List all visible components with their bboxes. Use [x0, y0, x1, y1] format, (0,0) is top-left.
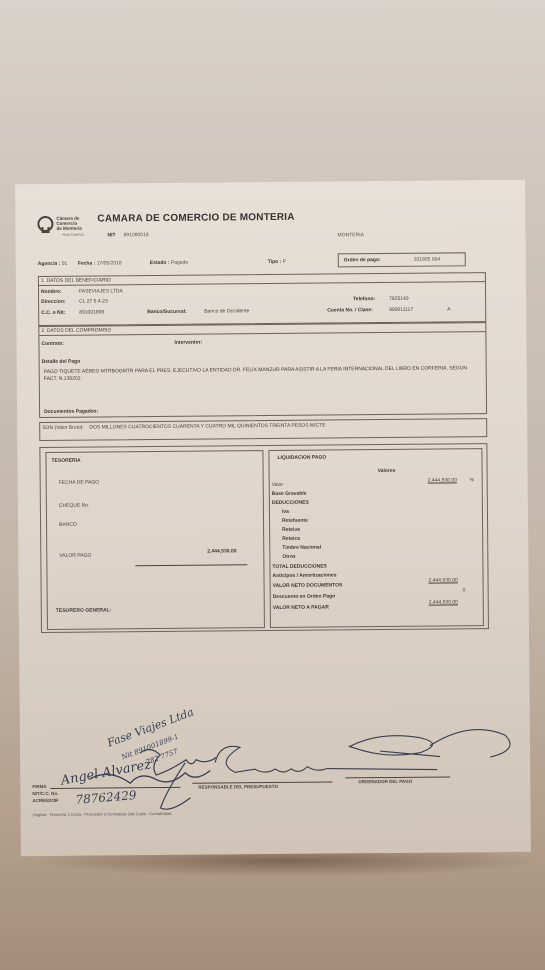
fecha-value: 17/05/2018 [97, 260, 122, 266]
cuenta-label: Cuenta No. / Clase: [327, 307, 373, 313]
beneficiario-title: 1. DATOS DEL BENEFICIARIO [39, 273, 485, 286]
fecha-label: Fecha : [78, 261, 96, 267]
payment-order-document: Cámara de Comercio de Montería Ruta Cató… [15, 180, 531, 856]
ordenador-label: ORDENADOR DEL PAGO [358, 779, 412, 784]
cheque-label: CHEQUE No. [59, 503, 90, 509]
nombre-value: FASEVIAJES LTDA [79, 288, 123, 294]
valores-header: Valores [378, 468, 396, 474]
detalle-label: Detalle del Pago [42, 359, 81, 365]
estado-label: Estado : [150, 260, 170, 266]
city: MONTERIA [338, 232, 364, 238]
descuento-value: 0 [463, 587, 466, 593]
liquidacion-title: LIQUIDACION PAGO [277, 455, 326, 461]
nit-line: NIT891080018 [108, 232, 149, 238]
logo-line-3: de Montería [56, 226, 81, 231]
direccion-value: CL 27 5 4-23 [79, 298, 108, 304]
agencia-value: 01 [62, 261, 68, 267]
chamber-logo-icon [37, 216, 53, 232]
compromiso-title: 2. DATOS DEL COMPROMISO [39, 323, 485, 336]
valor-pago-underline [135, 564, 247, 566]
detalle-text: PAGO TIQUETE AÉREO MTRBOGMTR PARA EL PRE… [44, 365, 474, 383]
acreedor-label: ACREEDOR [32, 798, 58, 803]
chamber-logo: Cámara de Comercio de Montería Ruta Cató… [37, 214, 92, 244]
document-header: Cámara de Comercio de Montería Ruta Cató… [37, 210, 507, 244]
valor-neto-pagar-label: VALOR NETO A PAGAR [273, 605, 329, 611]
deduccion-otros: Otros [282, 554, 295, 560]
documentos-label: Documentos Pagados: [44, 409, 98, 415]
banco-value: Banco de Occidente [204, 308, 249, 314]
direccion-label: Direccion: [41, 299, 66, 305]
nit-cc-label: NIT/C.C. No. [32, 791, 58, 796]
son-text: DOS MILLONES CUATROCIENTOS CUARENTA Y CU… [89, 423, 325, 431]
contrato-label: Contrato: [41, 341, 64, 347]
cc-label: C.C. o Nit: [41, 310, 65, 316]
orden-de-pago-box: Orden de pago: 201805 004 [338, 252, 466, 267]
nombre-label: Nombre: [41, 289, 62, 295]
logo-subtitle: Ruta Católica [63, 233, 84, 237]
banco-label: Banco/Sucursal: [147, 309, 187, 315]
document-title: CAMARA DE COMERCIO DE MONTERIA [97, 212, 294, 225]
orden-label: Orden de pago: [344, 257, 381, 263]
beneficiario-section: 1. DATOS DEL BENEFICIARIO Nombre: FASEVI… [38, 272, 486, 326]
valor-value: 2,444,530.00 [428, 477, 457, 483]
deduccion-timbre: Timbre Nacional [282, 545, 321, 551]
agencia-label: Agencia : [38, 261, 61, 267]
anticipos-label: Anticipos / Amortizaciones [272, 572, 336, 579]
payment-summary: TESORERIA FECHA DE PAGO CHEQUE No. BANCO… [39, 443, 489, 633]
base-gravable-label: Base Gravable [272, 491, 307, 497]
valor-pago-value: 2,444,530.00 [207, 548, 236, 554]
valor-label: Valor [272, 482, 283, 488]
valor-pago-label: VALOR PAGO [59, 553, 91, 559]
deduccion-iva: Iva [282, 509, 289, 515]
telefono-label: Telefono: [353, 296, 375, 302]
tipo-value: P [283, 259, 286, 265]
meta-row: Agencia : 01 Fecha : 17/05/2018 Estado :… [38, 254, 508, 274]
fecha-pago-label: FECHA DE PAGO [59, 480, 100, 486]
firma-label: FIRMA [32, 784, 46, 789]
deduccion-reteiva: Reteiva [282, 527, 300, 533]
nit-label: NIT [108, 232, 116, 238]
signature-area: Fase Viajes Ltda Nit 891001899-1 782 775… [20, 700, 531, 834]
tesoreria-title: TESORERIA [51, 458, 80, 464]
estado-value: Pagado [171, 260, 188, 266]
deduccion-reteica: Reteica [282, 536, 300, 542]
cuenta-value: 880011117 [389, 307, 413, 313]
liquidacion-box: LIQUIDACION PAGO Valores Valor 2,444,530… [268, 448, 484, 628]
valor-neto-docs-value: 2,444,530.00 [429, 577, 458, 583]
total-deducciones-label: TOTAL DEDUCCIONES [272, 564, 327, 570]
tesoreria-box: TESORERIA FECHA DE PAGO CHEQUE No. BANCO… [45, 450, 265, 630]
valor-pct: % [470, 477, 475, 483]
cc-value: 891001899 [79, 309, 104, 315]
orden-value: 201805 004 [414, 257, 440, 263]
son-valor-box: SON (Valor Bruto): DOS MILLONES CUATROCI… [39, 418, 487, 441]
nit-value: 891080018 [124, 232, 149, 238]
descuento-label: Descuento en Orden Pago [273, 593, 336, 600]
deducciones-label: DEDUCCIONES [272, 500, 309, 506]
son-label: SON (Valor Bruto): [42, 425, 84, 431]
deduccion-retefuente: Retefuente [282, 518, 308, 524]
telefono-value: 7825140 [389, 296, 409, 302]
tesorero-label: TESORERO GENERAL: [56, 607, 112, 613]
responsable-label: RESPONSABLE DEL PRESUPUESTO [198, 784, 278, 790]
cuenta-clase: A [447, 306, 450, 312]
valor-neto-docs-label: VALOR NETO DOCUMENTOS [273, 582, 343, 589]
interventor-label: Interventor: [174, 340, 202, 346]
banco-tes-label: BANCO [59, 522, 77, 528]
compromiso-section: 2. DATOS DEL COMPROMISO Contrato: Interv… [38, 322, 487, 418]
tipo-label: Tipo : [268, 259, 282, 265]
valor-neto-pagar-value: 2,444,530.00 [429, 599, 458, 605]
